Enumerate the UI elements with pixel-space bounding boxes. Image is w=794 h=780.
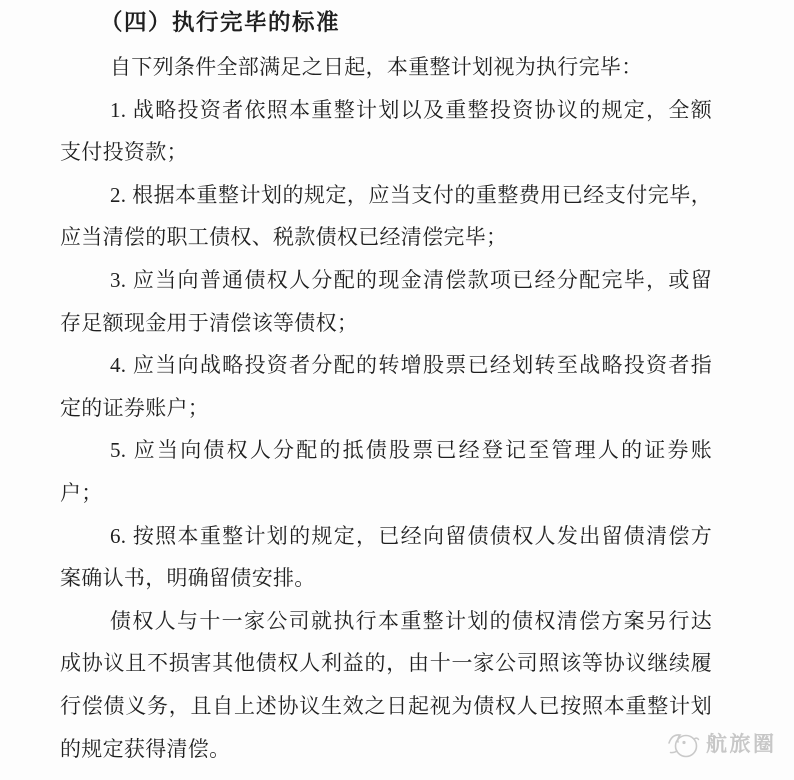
bird-logo-icon bbox=[666, 729, 702, 761]
document-line: 成协议且不损害其他债权人利益的，由十一家公司照该等协议继续履 bbox=[60, 642, 712, 685]
document-line: 2. 根据本重整计划的规定，应当支付的重整费用已经支付完毕， bbox=[60, 174, 712, 217]
document-line: 定的证券账户； bbox=[60, 387, 712, 430]
paragraph: 5. 应当向债权人分配的抵债股票已经登记至管理人的证券账 户； bbox=[60, 429, 712, 514]
section-heading: （四）执行完毕的标准 bbox=[100, 8, 712, 38]
document-line: 案确认书，明确留债安排。 bbox=[60, 557, 712, 600]
document-line: 存足额现金用于清偿该等债权； bbox=[60, 302, 712, 345]
watermark: 航旅圈 bbox=[666, 729, 777, 761]
paragraph: 债权人与十一家公司就执行本重整计划的债权清偿方案另行达 成协议且不损害其他债权人… bbox=[60, 600, 712, 770]
document-line: 4. 应当向战略投资者分配的转增股票已经划转至战略投资者指 bbox=[60, 344, 712, 387]
document-line: 的规定获得清偿。 bbox=[60, 728, 712, 771]
document-line: 1. 战略投资者依照本重整计划以及重整投资协议的规定，全额 bbox=[60, 89, 712, 132]
paragraph: 2. 根据本重整计划的规定，应当支付的重整费用已经支付完毕， 应当清偿的职工债权… bbox=[60, 174, 712, 259]
document-line: 自下列条件全部满足之日起，本重整计划视为执行完毕： bbox=[60, 46, 712, 89]
paragraph: 6. 按照本重整计划的规定，已经向留债债权人发出留债清偿方 案确认书，明确留债安… bbox=[60, 515, 712, 600]
document-body: （四）执行完毕的标准 自下列条件全部满足之日起，本重整计划视为执行完毕： 1. … bbox=[60, 8, 712, 770]
document-line: 6. 按照本重整计划的规定，已经向留债债权人发出留债清偿方 bbox=[60, 515, 712, 558]
document-line: 户； bbox=[60, 472, 712, 515]
paragraph: 3. 应当向普通债权人分配的现金清偿款项已经分配完毕，或留 存足额现金用于清偿该… bbox=[60, 259, 712, 344]
paragraph: 4. 应当向战略投资者分配的转增股票已经划转至战略投资者指 定的证券账户； bbox=[60, 344, 712, 429]
paragraph: 自下列条件全部满足之日起，本重整计划视为执行完毕： bbox=[60, 46, 712, 89]
document-line: 债权人与十一家公司就执行本重整计划的债权清偿方案另行达 bbox=[60, 600, 712, 643]
document-line: 行偿债义务，且自上述协议生效之日起视为债权人已按照本重整计划 bbox=[60, 685, 712, 728]
document-page: （四）执行完毕的标准 自下列条件全部满足之日起，本重整计划视为执行完毕： 1. … bbox=[0, 0, 794, 780]
watermark-label: 航旅圈 bbox=[706, 729, 777, 761]
document-line: 支付投资款； bbox=[60, 131, 712, 174]
document-line: 5. 应当向债权人分配的抵债股票已经登记至管理人的证券账 bbox=[60, 429, 712, 472]
document-line: 3. 应当向普通债权人分配的现金清偿款项已经分配完毕，或留 bbox=[60, 259, 712, 302]
document-line: 应当清偿的职工债权、税款债权已经清偿完毕； bbox=[60, 216, 712, 259]
paragraph: 1. 战略投资者依照本重整计划以及重整投资协议的规定，全额 支付投资款； bbox=[60, 89, 712, 174]
